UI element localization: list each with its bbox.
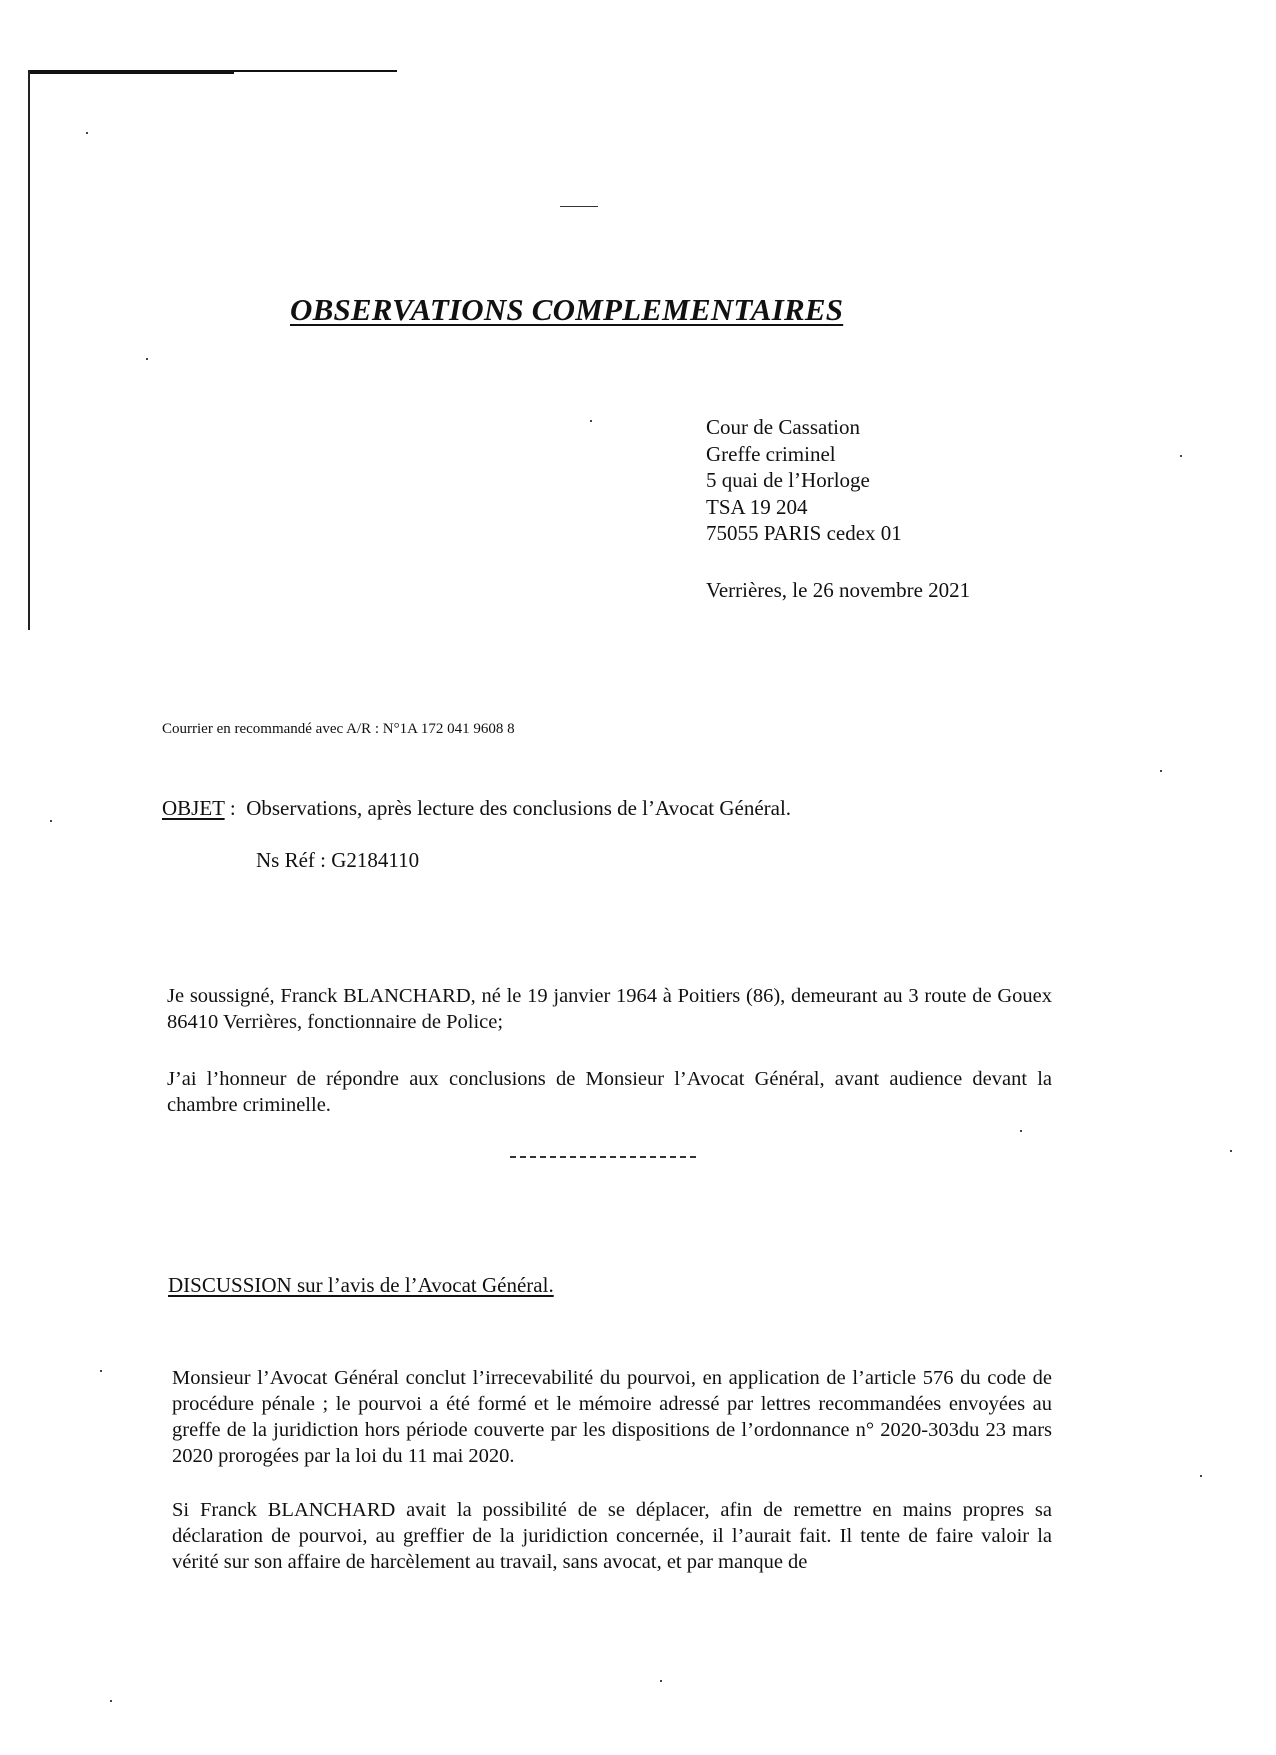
scan-border-left xyxy=(28,70,30,630)
discussion-paragraph: Si Franck BLANCHARD avait la possibilité… xyxy=(172,1497,1052,1575)
place-date: Verrières, le 26 novembre 2021 xyxy=(706,578,970,603)
recipient-line: 5 quai de l’Horloge xyxy=(706,467,902,494)
recipient-line: TSA 19 204 xyxy=(706,494,902,521)
subject-separator: : xyxy=(225,796,247,820)
intro-paragraph: J’ai l’honneur de répondre aux conclusio… xyxy=(167,1066,1052,1118)
scan-speck xyxy=(1200,1475,1202,1477)
scan-speck xyxy=(590,420,592,422)
scan-speck xyxy=(660,1680,662,1682)
scan-speck xyxy=(100,1370,102,1372)
recipient-line: Greffe criminel xyxy=(706,441,902,468)
intro-paragraph: Je soussigné, Franck BLANCHARD, né le 19… xyxy=(167,983,1052,1035)
scan-speck xyxy=(110,1700,112,1702)
recipient-address: Cour de Cassation Greffe criminel 5 quai… xyxy=(706,414,902,547)
reference-line: Ns Réf : G2184110 xyxy=(256,848,419,873)
scan-speck xyxy=(1160,770,1162,772)
scan-border-top-thick xyxy=(29,71,234,74)
discussion-heading: DISCUSSION sur l’avis de l’Avocat Généra… xyxy=(168,1273,554,1298)
scan-speck xyxy=(1180,455,1182,457)
scan-speck xyxy=(146,358,148,360)
discussion-paragraph: Monsieur l’Avocat Général conclut l’irre… xyxy=(172,1365,1052,1469)
subject-text: Observations, après lecture des conclusi… xyxy=(246,796,791,820)
section-separator xyxy=(510,1156,696,1158)
scan-artifact-dash xyxy=(560,206,598,207)
document-title: OBSERVATIONS COMPLEMENTAIRES xyxy=(290,292,843,328)
scan-speck xyxy=(1020,1130,1022,1132)
scan-speck xyxy=(50,820,52,822)
recipient-line: Cour de Cassation xyxy=(706,414,902,441)
recipient-line: 75055 PARIS cedex 01 xyxy=(706,520,902,547)
subject-line: OBJET : Observations, après lecture des … xyxy=(162,796,791,821)
registered-mail-line: Courrier en recommandé avec A/R : N°1A 1… xyxy=(162,721,515,738)
scan-speck xyxy=(86,132,88,134)
scan-speck xyxy=(1230,1150,1232,1152)
subject-label: OBJET xyxy=(162,796,225,820)
